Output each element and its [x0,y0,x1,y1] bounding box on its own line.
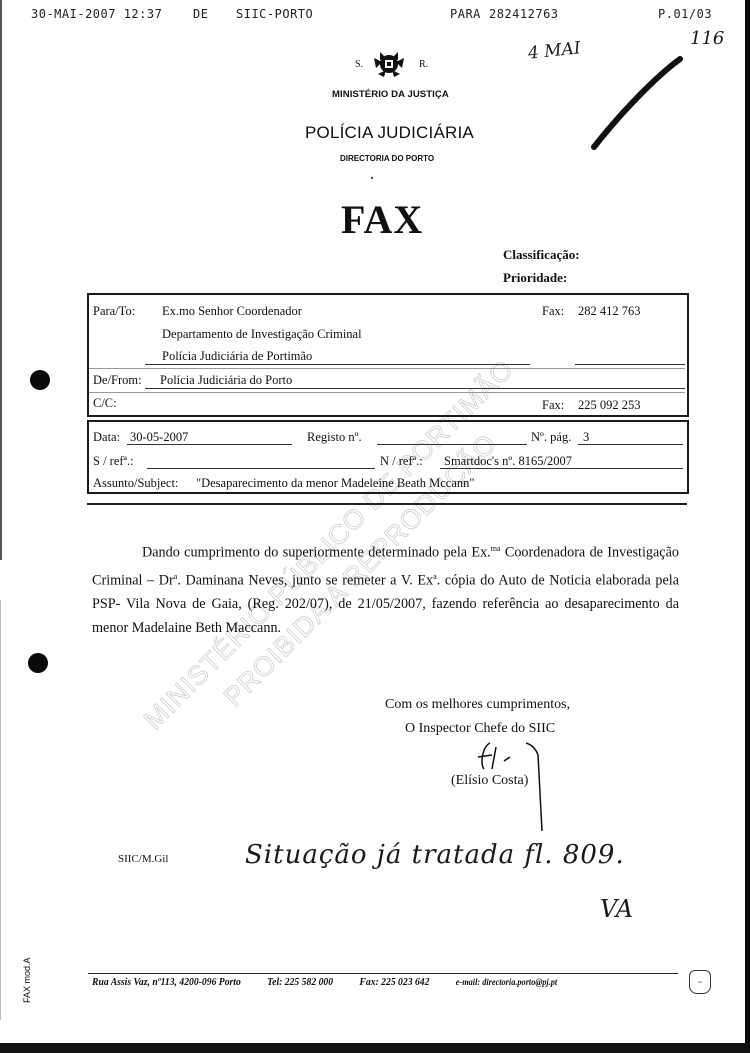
footer-contact: Rua Assis Vaz, nº113, 4200-096 Porto Tel… [92,977,581,988]
footer-address: Rua Assis Vaz, nº113, 4200-096 Porto [92,977,241,988]
footer-tel: Tel: 225 582 000 [267,977,333,988]
fax-page: P.01/03 [658,7,712,22]
to-line-3: Polícia Judiciária de Portimão [162,349,312,364]
subject-value: "Desaparecimento da menor Madeleine Beat… [196,476,475,491]
scan-edge-left-faint [0,600,1,1020]
fax-to-label: PARA [450,7,481,22]
fax-from-label: DE [193,7,208,22]
footer-email: e-mail: directoria.porto@pj.pt [456,977,557,987]
to-underline-right [575,364,685,365]
nref-label: N / refª.: [380,454,423,469]
closing-greeting: Com os melhores cumprimentos, [385,697,570,713]
date-value: 30-05-2007 [130,430,188,445]
fax-datetime: 30-MAI-2007 12:37 [31,7,162,22]
subject-label: Assunto/Subject: [93,476,178,491]
to-line-1: Ex.mo Senhor Coordenador [162,304,302,319]
from-underline [145,388,685,389]
to-fax-number: 282 412 763 [578,304,641,319]
agency-name: POLÍCIA JUDICIÁRIA [305,123,474,143]
handwritten-page-number: 116 [690,28,724,49]
classification-label: Classificação: [503,247,580,263]
body-text: . Daminana Neves, junto se remeter a V. … [177,573,433,589]
handwritten-initials: VA [600,895,633,923]
fax-from: SIIC-PORTO [236,7,313,22]
cc-label: C/C: [93,396,117,411]
registo-label: Registo nº. [307,430,362,445]
sref-label: S / refª.: [93,454,134,469]
from-fax-label: Fax: [542,398,564,413]
scan-edge-right [745,0,750,1053]
pages-underline [578,444,683,445]
divider [89,392,685,393]
crest-letter-s: S. [355,59,363,70]
footer-rule [88,973,678,974]
pen-stroke-mark [588,55,688,155]
superscript: ma [491,544,501,553]
divider [89,368,685,369]
nref-value: Smartdoc's nº. 8165/2007 [444,454,572,469]
handwritten-note: Situação já tratada fl. 809. [245,840,625,870]
box-bottom-rule [87,503,687,505]
crest-letter-r: R. [419,59,428,70]
form-code: FAX mod.A [22,957,32,1003]
date-label: Data: [93,430,120,445]
to-label: Para/To: [93,304,135,319]
footer-fax: Fax: 225 023 642 [359,977,429,988]
scan-edge-bottom [0,1043,750,1053]
fax-to-number: 282412763 [489,7,559,22]
date-underline [127,444,292,445]
handwritten-date: 4 MAI [527,38,581,63]
punch-hole [28,653,48,673]
signer-name: (Elísio Costa) [451,773,528,789]
document-title: FAX [341,196,423,243]
pages-value: 3 [583,430,589,445]
coat-of-arms-icon [372,50,406,78]
internal-reference: SIIC/M.Gil [118,853,168,865]
nref-underline [440,468,683,469]
sref-field [147,468,375,469]
pages-label: Nº. pág. [531,430,571,445]
body-paragraph: Dando cumprimento do superiormente deter… [92,537,679,640]
directorate-name: DIRECTORIA DO PORTO [340,154,434,163]
dot-mark [371,177,373,179]
from-value: Polícia Judiciária do Porto [160,373,292,388]
from-label: De/From: [93,373,142,388]
certification-badge-icon: cert [689,970,711,994]
ministry-name: MINISTÉRIO DA JUSTIÇA [332,89,449,100]
to-underline [145,364,530,365]
scan-edge-left [0,0,2,560]
priority-label: Prioridade: [503,270,567,286]
to-line-2: Departamento de Investigação Criminal [162,327,362,342]
body-text: Dando cumprimento do superiormente deter… [142,545,491,561]
registo-field [377,444,527,445]
to-fax-label: Fax: [542,304,564,319]
crest-row: S. R. [355,50,435,80]
from-fax-number: 225 092 253 [578,398,641,413]
punch-hole [30,370,50,390]
